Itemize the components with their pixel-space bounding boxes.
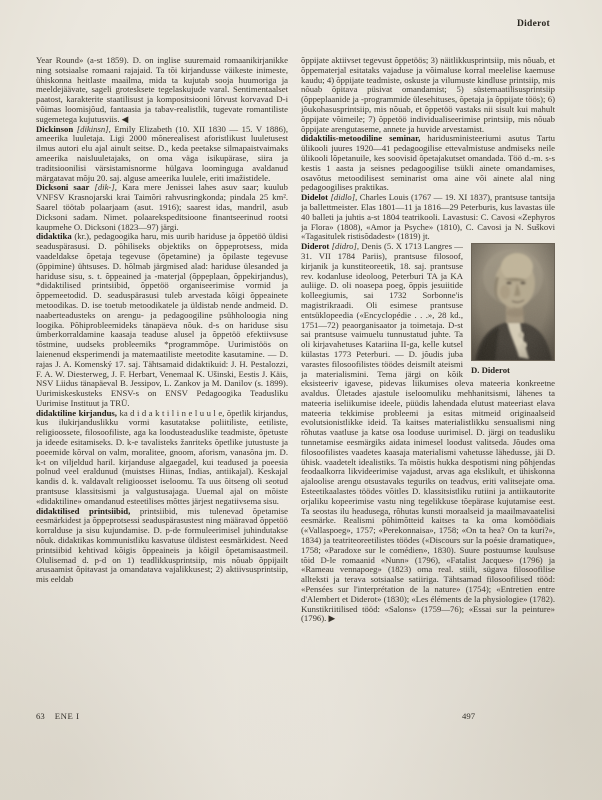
encyclopedia-entry: didaktilis-metoodiline seminar, haridusm… <box>301 134 555 193</box>
running-head: Diderot <box>517 19 550 29</box>
entry-pronunciation: [dik-] <box>89 182 114 192</box>
encyclopedia-entry: Year Round» (a-st 1859). D. on inglise s… <box>36 56 288 125</box>
entry-term: Dicksoni saar <box>36 182 89 192</box>
encyclopedia-entry: didaktiline kirjandus, ka d i d a k t i … <box>36 409 288 507</box>
encyclopedia-entry: didaktilised printsiibid, printsiibid, m… <box>36 507 288 585</box>
entry-term: Diderot <box>301 241 329 251</box>
page-number: 497 <box>462 711 475 721</box>
encyclopedia-entry: õppijate aktiivset tegevust õppetöös; 3)… <box>301 56 555 134</box>
entry-pronunciation: [didro] <box>329 241 357 251</box>
page-signature: 63 <box>36 711 45 721</box>
footer-left: 63ENE I <box>36 711 80 721</box>
portrait-photo <box>471 243 555 361</box>
entry-term: Didelot <box>301 192 328 202</box>
entry-term: didaktiline kirjandus, <box>36 408 117 418</box>
entry-pronunciation: [didlo] <box>328 192 355 202</box>
encyclopedia-entry: Dicksoni saar [dik-], Kara mere Jenissei… <box>36 183 288 232</box>
entry-term: didaktika <box>36 231 72 241</box>
encyclopedia-entry: Dickinson [dikinsn], Emily Elizabeth (10… <box>36 125 288 184</box>
figure-caption: D. Diderot <box>471 366 555 376</box>
portrait-figure: D. Diderot <box>471 243 555 376</box>
encyclopedia-entry: didaktika (kr.), pedagoogika haru, mis u… <box>36 232 288 408</box>
entry-term: Dickinson <box>36 124 73 134</box>
entry-term: didaktilis-metoodiline seminar, <box>301 133 420 143</box>
encyclopedia-page: Diderot Year Round» (a-st 1859). D. on i… <box>0 0 602 800</box>
right-column: õppijate aktiivset tegevust õppetöös; 3)… <box>301 56 555 728</box>
encyclopedia-entry: Didelot [didlo], Charles Louis (1767 — 1… <box>301 193 555 242</box>
entry-term: didaktilised printsiibid, <box>36 506 130 516</box>
entry-pronunciation: [dikinsn] <box>73 124 108 134</box>
volume-label: ENE I <box>55 711 80 721</box>
left-column: Year Round» (a-st 1859). D. on inglise s… <box>36 56 288 728</box>
